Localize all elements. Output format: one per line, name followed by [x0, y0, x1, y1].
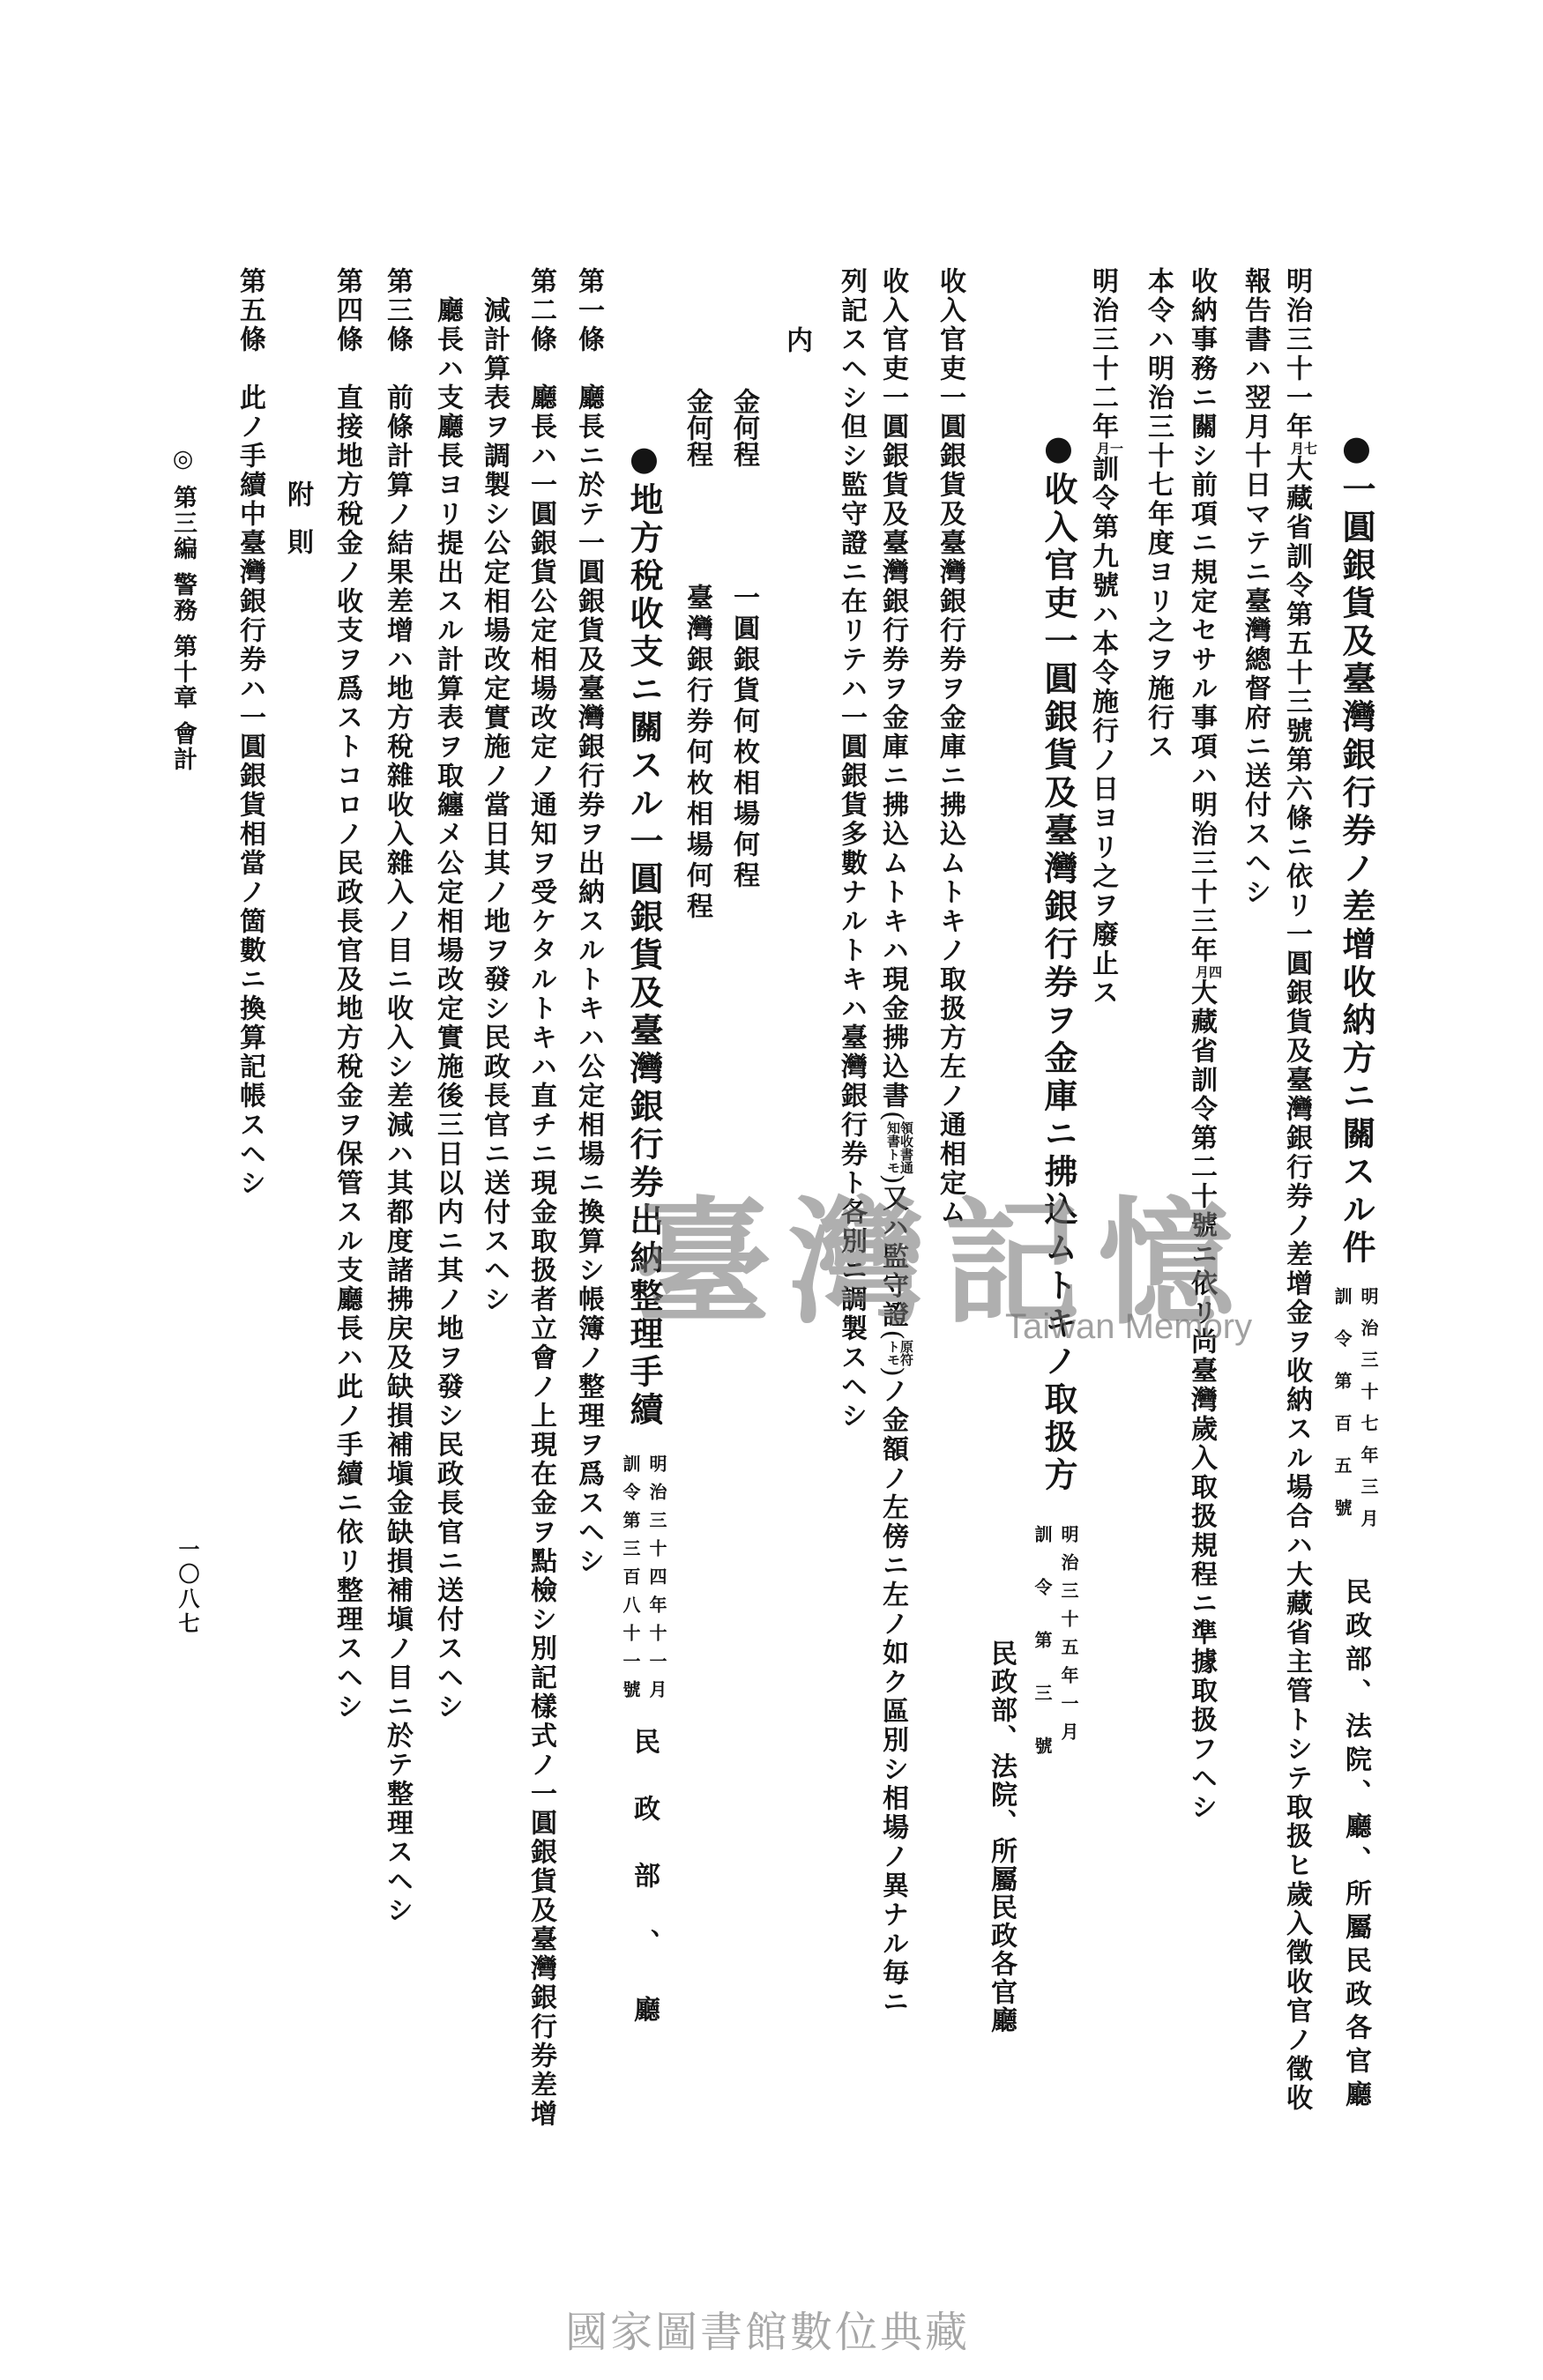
article-text: 廳長ニ於テ一圓銀貨及臺灣銀行券ヲ出納スルトキハ公定相場ニ換算シ帳簿ノ整理ヲ爲スヘ… — [573, 383, 604, 1576]
footer-part: 第三編 — [171, 485, 195, 562]
footer-chapter: 第十章 — [171, 634, 195, 710]
article-label: 第三條 — [384, 267, 410, 354]
form-label: 内 — [783, 326, 809, 355]
doc1-line-1: 明治三十一年七月大藏省訓令第五十三號第六條ニ依リ一圓銀貨及臺灣銀行券ノ差增金ヲ收… — [1290, 267, 1316, 2113]
article-label: 第一條 — [575, 267, 601, 354]
doc1-date: 明治三十七年三月 — [1360, 1287, 1377, 1541]
doc2-line-2: 收入官吏一圓銀貨及臺灣銀行券ヲ金庫ニ拂込ムトキハ現金拂込書(領收書通知書トモ)又… — [886, 267, 913, 2017]
running-footer: ◎第三編警務第十章會計 — [171, 445, 195, 783]
inline-note-stub: 原符トモ — [886, 1340, 913, 1366]
inline-note-receipt: 領收書通知書トモ — [886, 1121, 913, 1174]
form-row-2-amount: 金何程 — [683, 388, 710, 467]
article-2-paragraph-2: 廳長ハ支廳長ヨリ提出スル計算表ヲ取纏メ公定相場改定實施後三日以内ニ其ノ地ヲ發シ民… — [434, 296, 460, 1722]
inline-note-month: 七月 — [1290, 442, 1316, 455]
doc3-date: 明治三十四年十一月 — [648, 1454, 666, 1708]
doc3-addressee: 民政部、廳 — [630, 1728, 657, 2063]
article-4: 第四條直接地方稅金ノ收支ヲ爲ストコロノ民政長官及地方稅金ヲ保管スル支廳長ハ此ノ手… — [333, 267, 360, 1722]
article-text: 前條計算ノ結果差增ハ地方稅雜收入雜入ノ目ニ收入シ差減ハ其都度諸拂戻及缺損補塡金缺… — [382, 383, 413, 1925]
article-text: 直接地方稅金ノ收支ヲ爲ストコロノ民政長官及地方稅金ヲ保管スル支廳長ハ此ノ手續ニ依… — [332, 383, 362, 1722]
doc2-date: 明治三十五年一月 — [1060, 1525, 1077, 1751]
line-text: 訓令第九號ハ本令施行ノ日ヨリ之ヲ廢止ス — [1087, 455, 1118, 1008]
article-label: 第五條 — [236, 267, 263, 354]
line-text: 大藏省訓令第五十三號第六條ニ依リ一圓銀貨及臺灣銀行券ノ差增金ヲ收納スル場合ハ大藏… — [1281, 455, 1312, 2113]
article-5: 第五條此ノ手續中臺灣銀行券ハ一圓銀貨相當ノ箇數ニ換算記帳スヘシ — [236, 267, 263, 1198]
article-3: 第三條前條計算ノ結果差增ハ地方稅雜收入雜入ノ目ニ收入シ差減ハ其都度諸拂戻及缺損補… — [384, 267, 410, 1925]
inline-note-month: 一月 — [1096, 442, 1122, 455]
inline-note-month: 四月 — [1195, 965, 1221, 978]
article-2: 第二條廳長ハ一圓銀貨公定相場改定ノ通知ヲ受ケタルトキハ直チニ現金取扱者立會ノ上現… — [527, 267, 554, 2129]
line-text: 明治三十二年 — [1087, 267, 1118, 442]
double-circle-mark: ◎ — [171, 445, 195, 474]
taiwan-memory-watermark-text: Taiwan Memory — [1005, 1309, 1252, 1344]
article-text: 此ノ手續中臺灣銀行券ハ一圓銀貨相當ノ箇數ニ換算記帳スヘシ — [235, 383, 265, 1198]
footer-topic: 會計 — [171, 721, 195, 772]
doc1-order-number: 訓令第百五號 — [1333, 1287, 1351, 1541]
doc1-line-5: 明治三十二年一月訓令第九號ハ本令施行ノ日ヨリ之ヲ廢止ス — [1096, 267, 1122, 1008]
line-text: 大藏省訓令第二十號ニ依リ尚臺灣歲入取扱規程ニ準據取扱フヘシ — [1186, 978, 1217, 1822]
article-label: 第四條 — [333, 267, 360, 354]
doc1-title: ●一圓銀貨及臺灣銀行券ノ差增收納方ニ關スル件 — [1339, 428, 1373, 1268]
line-text: 明治三十一年 — [1281, 267, 1312, 442]
form-row-1-amount: 金何程 — [730, 388, 757, 467]
page-number: 一〇八七 — [176, 1538, 198, 1637]
article-label: 第二條 — [527, 267, 554, 354]
line-text: ノ金額ノ左傍ニ左ノ如ク區別シ相場ノ異ナル毎ニ — [877, 1377, 908, 2017]
article-1: 第一條廳長ニ於テ一圓銀貨及臺灣銀行券ヲ出納スルトキハ公定相場ニ換算シ帳簿ノ整理ヲ… — [575, 267, 601, 1576]
national-library-watermark: 國家圖書館數位典藏 — [565, 2311, 970, 2354]
doc1-addressee: 民政部、法院、廳、所屬民政各官廳 — [1342, 1578, 1368, 2114]
article-text: 廳長ハ一圓銀貨公定相場改定ノ通知ヲ受ケタルトキハ直チニ現金取扱者立會ノ上現在金ヲ… — [526, 383, 556, 2129]
doc1-line-2: 報告書ハ翌月十日マテニ臺灣總督府ニ送付スヘシ — [1241, 267, 1268, 907]
doc1-line-4: 本令ハ明治三十七年度ヨリ之ヲ施行ス — [1144, 267, 1171, 762]
form-row-1-detail: 一圓銀貨何枚相場何程 — [730, 584, 757, 892]
doc3-order-number: 訓令第三百八十一號 — [622, 1454, 639, 1708]
doc2-line-1: 收入官吏一圓銀貨及臺灣銀行券ヲ金庫ニ拂込ムトキノ取扱方左ノ通相定ム — [936, 267, 963, 1227]
doc2-order-number: 訓令第三號 — [1033, 1525, 1051, 1789]
article-2-continuation: 減計算表ヲ調製シ公定相場改定實施ノ當日其ノ地ヲ發シ民政長官ニ送付スヘシ — [481, 296, 507, 1314]
line-text: 收入官吏一圓銀貨及臺灣銀行券ヲ金庫ニ拂込ムトキハ現金拂込書 — [877, 267, 908, 1111]
form-row-2-detail: 臺灣銀行券何枚相場何程 — [683, 584, 710, 923]
open-bracket: ( — [877, 1111, 908, 1121]
footer-section: 警務 — [171, 572, 195, 623]
doc2-addressee: 民政部、法院、所屬民政各官廳 — [988, 1640, 1014, 2034]
supplementary-heading: 附則 — [284, 480, 310, 576]
close-bracket: ) — [877, 1366, 908, 1377]
line-text: 收納事務ニ關シ前項ニ規定セサル事項ハ明治三十三年 — [1186, 267, 1217, 965]
doc1-line-3: 收納事務ニ關シ前項ニ規定セサル事項ハ明治三十三年四月大藏省訓令第二十號ニ依リ尚臺… — [1195, 267, 1221, 1822]
